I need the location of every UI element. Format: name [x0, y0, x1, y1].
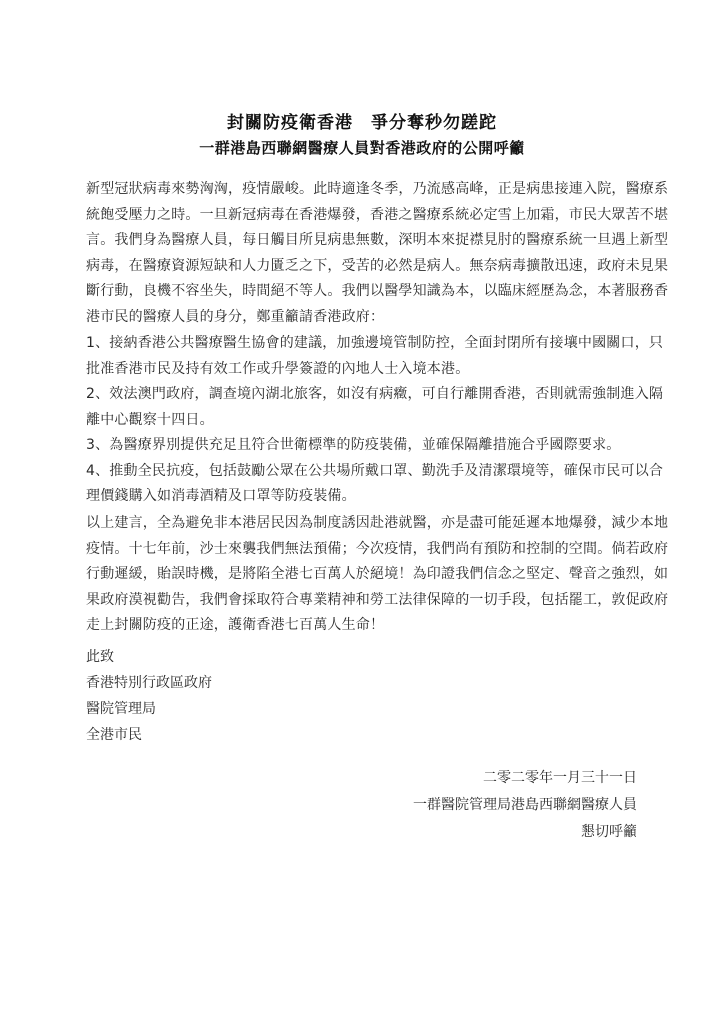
demands-list: 1、接納香港公共醫療醫生協會的建議，加強邊境管制防控，全面封閉所有接壤中國關口，…: [86, 331, 642, 510]
signatory: 一群醫院管理局港島西聯網醫療人員: [413, 792, 637, 819]
paragraph-line: 統飽受壓力之時。一旦新冠病毒在香港爆發，香港之醫療系統必定雪上加霜，市民大眾苦不…: [86, 203, 642, 229]
demand-item-4: 4、推動全民抗疫，包括鼓勵公眾在公共場所戴口罩、勤洗手及清潔環境等，確保市民可以…: [86, 459, 642, 485]
demand-item-4-cont: 理價錢購入如消毒酒精及口罩等防疫裝備。: [86, 484, 642, 510]
paragraph-line: 言。我們身為醫療人員，每日觸目所見病患無數，深明本來捉襟見肘的醫療系統一旦遇上新…: [86, 228, 642, 254]
document-title: 封關防疫衛香港 爭分奪秒勿蹉跎: [0, 108, 724, 133]
paragraph-line: 疫情。十七年前，沙士來襲我們無法預備；今次疫情，我們尚有預防和控制的空間。倘若政…: [86, 537, 642, 563]
demand-item-2: 2、效法澳門政府，調查境內湖北旅客，如沒有病癥，可自行離開香港，否則就需強制進入…: [86, 382, 642, 408]
signoff-date: 二零二零年一月三十一日: [413, 765, 637, 792]
intro-paragraph: 新型冠狀病毒來勢洶洶，疫情嚴峻。此時適逢冬季，乃流感高峰，正是病患接連入院，醫療…: [86, 177, 642, 330]
recipient: 香港特別行政區政府: [86, 670, 212, 696]
paragraph-line: 果政府漠視勸告，我們會採取符合專業精神和勞工法律保障的一切手段，包括罷工，敦促政…: [86, 588, 642, 614]
recipient: 醫院管理局: [86, 696, 212, 722]
demand-item-2-cont: 離中心觀察十四日。: [86, 408, 642, 434]
closing-block: 此致 香港特別行政區政府 醫院管理局 全港市民: [86, 644, 212, 748]
demand-item-1: 1、接納香港公共醫療醫生協會的建議，加強邊境管制防控，全面封閉所有接壤中國關口，…: [86, 331, 642, 357]
closing-phrase: 懇切呼籲: [413, 819, 637, 846]
paragraph-line: 行動遲緩，貽誤時機，是將陷全港七百萬人於絕境！為印證我們信念之堅定、聲音之強烈，…: [86, 562, 642, 588]
paragraph-line: 走上封關防疫的正途，護衛香港七百萬人生命！: [86, 613, 642, 639]
conclusion-paragraph: 以上建言，全為避免非本港居民因為制度誘因赴港就醫，亦是盡可能延遲本地爆發，減少本…: [86, 511, 642, 639]
paragraph-line: 新型冠狀病毒來勢洶洶，疫情嚴峻。此時適逢冬季，乃流感高峰，正是病患接連入院，醫療…: [86, 177, 642, 203]
salutation: 此致: [86, 644, 212, 670]
paragraph-line: 斷行動，良機不容坐失，時間絕不等人。我們以醫學知識為本，以臨床經歷為念，本著服務…: [86, 279, 642, 305]
recipient: 全港市民: [86, 722, 212, 748]
demand-item-3: 3、為醫療界別提供充足且符合世衛標準的防疫裝備，並確保隔離措施合乎國際要求。: [86, 433, 642, 459]
signoff-block: 二零二零年一月三十一日 一群醫院管理局港島西聯網醫療人員 懇切呼籲: [413, 765, 637, 846]
demand-item-1-cont: 批准香港市民及持有效工作或升學簽證的內地人士入境本港。: [86, 357, 642, 383]
paragraph-line: 病毒，在醫療資源短缺和人力匱乏之下，受苦的必然是病人。無奈病毒擴散迅速，政府未見…: [86, 254, 642, 280]
paragraph-line: 以上建言，全為避免非本港居民因為制度誘因赴港就醫，亦是盡可能延遲本地爆發，減少本…: [86, 511, 642, 537]
paragraph-line: 港市民的醫療人員的身分，鄭重籲請香港政府：: [86, 305, 642, 331]
document-subtitle: 一群港島西聯網醫療人員對香港政府的公開呼籲: [0, 137, 724, 158]
